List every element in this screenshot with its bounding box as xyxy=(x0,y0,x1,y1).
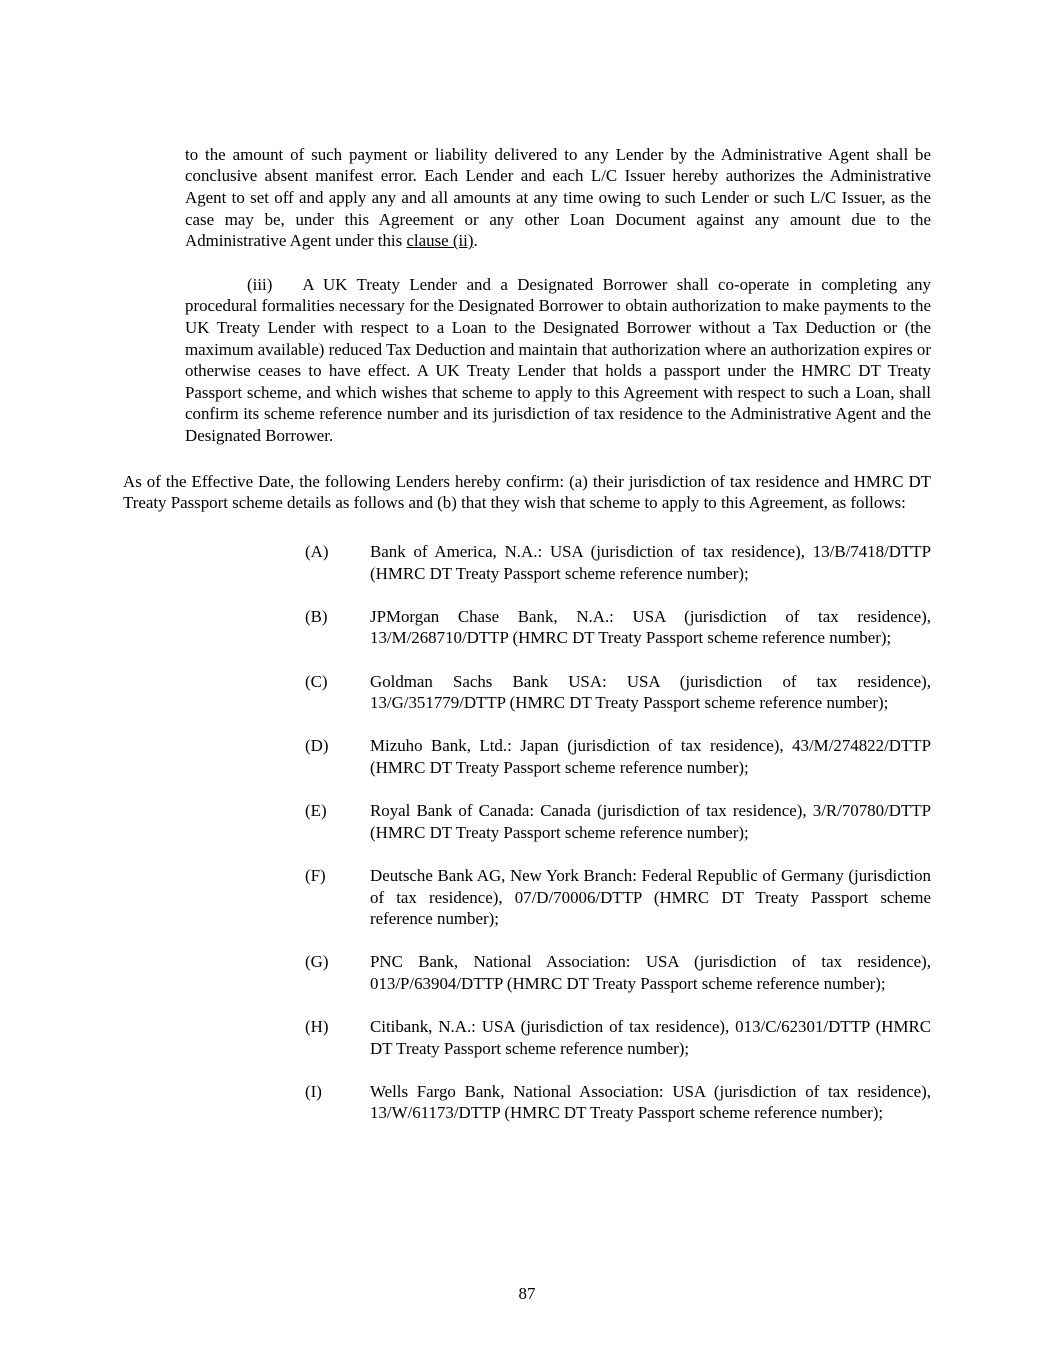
lender-item-marker: (I) xyxy=(305,1081,322,1103)
paragraph-setoff-period: . xyxy=(474,231,478,250)
paragraph-setoff-text: to the amount of such payment or liabili… xyxy=(185,145,931,250)
paragraph-iii-marker: (iii) xyxy=(247,275,272,294)
lender-item-text: PNC Bank, National Association: USA (jur… xyxy=(370,952,931,993)
lender-item-marker: (F) xyxy=(305,865,326,887)
lender-item-marker: (H) xyxy=(305,1016,328,1038)
lender-item-c: (C) Goldman Sachs Bank USA: USA (jurisdi… xyxy=(123,671,931,714)
paragraph-iii-text: A UK Treaty Lender and a Designated Borr… xyxy=(185,275,931,445)
lender-item-text: Wells Fargo Bank, National Association: … xyxy=(370,1082,931,1123)
lender-list: (A) Bank of America, N.A.: USA (jurisdic… xyxy=(123,541,931,1146)
paragraph-iii: (iii)A UK Treaty Lender and a Designated… xyxy=(185,274,931,447)
lender-item-text: Bank of America, N.A.: USA (jurisdiction… xyxy=(370,542,931,583)
lender-item-b: (B) JPMorgan Chase Bank, N.A.: USA (juri… xyxy=(123,606,931,649)
lender-item-marker: (D) xyxy=(305,735,328,757)
paragraph-setoff-continuation: to the amount of such payment or liabili… xyxy=(185,144,931,252)
lender-item-f: (F) Deutsche Bank AG, New York Branch: F… xyxy=(123,865,931,930)
lender-item-text: Royal Bank of Canada: Canada (jurisdicti… xyxy=(370,801,931,842)
page-number: 87 xyxy=(123,1283,931,1305)
lender-item-marker: (C) xyxy=(305,671,328,693)
lender-item-text: Deutsche Bank AG, New York Branch: Feder… xyxy=(370,866,931,928)
lender-item-text: Goldman Sachs Bank USA: USA (jurisdictio… xyxy=(370,672,931,713)
lender-item-d: (D) Mizuho Bank, Ltd.: Japan (jurisdicti… xyxy=(123,735,931,778)
lender-item-text: Citibank, N.A.: USA (jurisdiction of tax… xyxy=(370,1017,931,1058)
lender-item-marker: (B) xyxy=(305,606,328,628)
lender-item-marker: (G) xyxy=(305,951,328,973)
lender-item-a: (A) Bank of America, N.A.: USA (jurisdic… xyxy=(123,541,931,584)
lender-item-text: JPMorgan Chase Bank, N.A.: USA (jurisdic… xyxy=(370,607,931,648)
lender-item-e: (E) Royal Bank of Canada: Canada (jurisd… xyxy=(123,800,931,843)
lender-item-marker: (A) xyxy=(305,541,328,563)
lender-item-g: (G) PNC Bank, National Association: USA … xyxy=(123,951,931,994)
lender-item-i: (I) Wells Fargo Bank, National Associati… xyxy=(123,1081,931,1124)
lender-item-marker: (E) xyxy=(305,800,327,822)
lender-item-h: (H) Citibank, N.A.: USA (jurisdiction of… xyxy=(123,1016,931,1059)
lender-item-text: Mizuho Bank, Ltd.: Japan (jurisdiction o… xyxy=(370,736,931,777)
document-page: to the amount of such payment or liabili… xyxy=(0,0,1055,1365)
clause-ii-cross-reference: clause (ii) xyxy=(406,231,473,250)
paragraph-effective-date: As of the Effective Date, the following … xyxy=(123,471,931,514)
